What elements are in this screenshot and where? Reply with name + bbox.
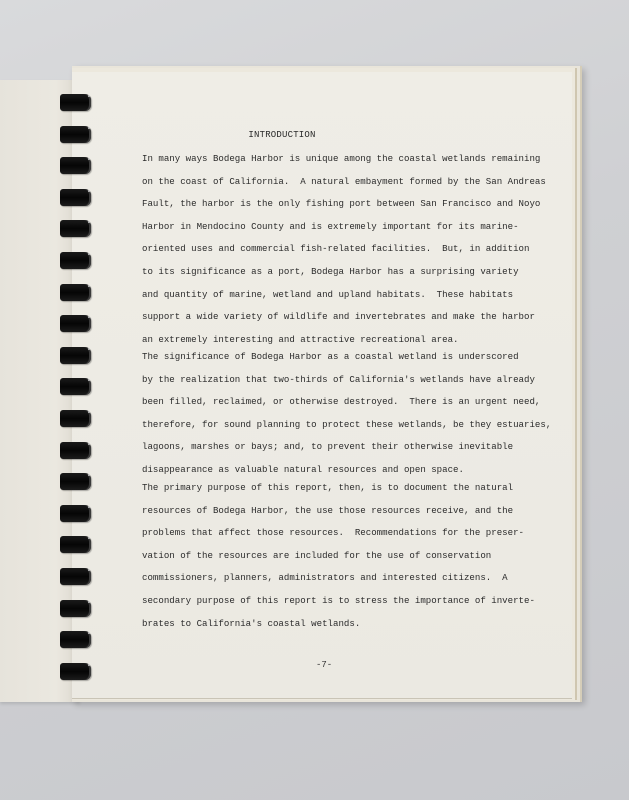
text-line: by the realization that two-thirds of Ca… xyxy=(142,369,522,392)
binding-coil xyxy=(60,315,91,332)
text-line: on the coast of California. A natural em… xyxy=(142,171,522,194)
binding-coil xyxy=(60,252,91,269)
text-line: problems that affect those resources. Re… xyxy=(142,522,522,545)
paragraph-1: In many ways Bodega Harbor is unique amo… xyxy=(142,148,522,351)
text-line: Harbor in Mendocino County and is extrem… xyxy=(142,216,522,239)
paragraph-2: The significance of Bodega Harbor as a c… xyxy=(142,346,522,482)
text-line: support a wide variety of wildlife and i… xyxy=(142,306,522,329)
text-line: to its significance as a port, Bodega Ha… xyxy=(142,261,522,284)
text-line: commissioners, planners, administrators … xyxy=(142,567,522,590)
binding-coil xyxy=(60,347,91,364)
text-line: and quantity of marine, wetland and upla… xyxy=(142,284,522,307)
binding-coil xyxy=(60,536,91,553)
paragraph-3: The primary purpose of this report, then… xyxy=(142,477,522,635)
text-line: been filled, reclaimed, or otherwise des… xyxy=(142,391,522,414)
text-line: The primary purpose of this report, then… xyxy=(142,477,522,500)
binding-coil xyxy=(60,410,91,427)
text-line: oriented uses and commercial fish-relate… xyxy=(142,238,522,261)
binding-coil xyxy=(60,473,91,490)
binding-coil xyxy=(60,189,91,206)
binding-coil xyxy=(60,568,91,585)
document-page: INTRODUCTION In many ways Bodega Harbor … xyxy=(72,72,572,699)
binding-coil xyxy=(60,600,91,617)
text-line: The significance of Bodega Harbor as a c… xyxy=(142,346,522,369)
text-line: lagoons, marshes or bays; and, to preven… xyxy=(142,436,522,459)
binding-coil xyxy=(60,220,91,237)
binding-coil xyxy=(60,663,91,680)
binding-coil xyxy=(60,378,91,395)
page-title: INTRODUCTION xyxy=(72,130,492,140)
binding-coil xyxy=(60,505,91,522)
page-number: -7- xyxy=(316,660,332,670)
text-line: brates to California's coastal wetlands. xyxy=(142,613,522,636)
binding-coil xyxy=(60,284,91,301)
text-line: In many ways Bodega Harbor is unique amo… xyxy=(142,148,522,171)
text-line: resources of Bodega Harbor, the use thos… xyxy=(142,500,522,523)
binding-coil xyxy=(60,442,91,459)
text-line: therefore, for sound planning to protect… xyxy=(142,414,522,437)
text-line: Fault, the harbor is the only fishing po… xyxy=(142,193,522,216)
binding-coil xyxy=(60,126,91,143)
binding-coil xyxy=(60,94,91,111)
text-line: vation of the resources are included for… xyxy=(142,545,522,568)
binding-coil xyxy=(60,157,91,174)
text-line: secondary purpose of this report is to s… xyxy=(142,590,522,613)
binding-coil xyxy=(60,631,91,648)
